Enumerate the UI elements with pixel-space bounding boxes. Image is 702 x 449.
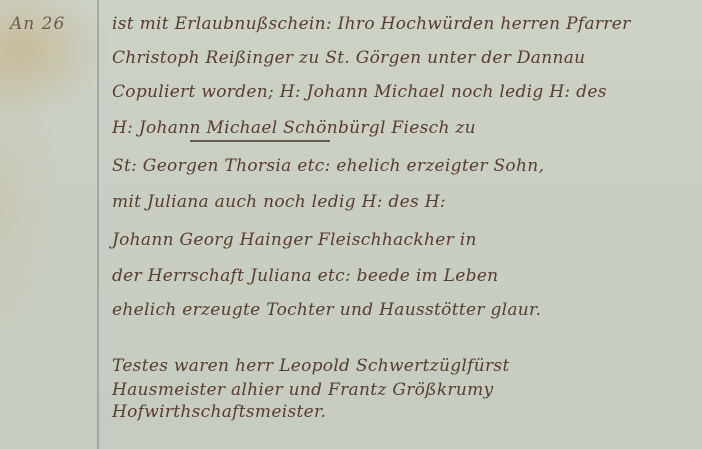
text-line-2: Christoph Reißinger zu St. Görgen unter … (112, 48, 585, 68)
text-line-9: ehelich erzeugte Tochter und Hausstötter… (112, 300, 541, 320)
text-line-8: der Herrschaft Juliana etc: beede im Leb… (112, 266, 498, 286)
text-line-10: Testes waren herr Leopold Schwertzüglfür… (112, 356, 510, 376)
text-line-6: mit Juliana auch noch ledig H: des H: (112, 192, 446, 212)
margin-rule (97, 0, 99, 449)
text-line-11: Hausmeister alhier und Frantz Größkrumy (112, 380, 493, 400)
text-line-12: Hofwirthschaftsmeister. (112, 402, 326, 422)
text-line-1: ist mit Erlaubnußschein: Ihro Hochwürden… (112, 14, 631, 34)
text-line-7: Johann Georg Hainger Fleischhackher in (112, 230, 477, 250)
text-line-5: St: Georgen Thorsia etc: ehelich erzeigt… (112, 156, 544, 176)
manuscript-page: An 26 ist mit Erlaubnußschein: Ihro Hoch… (0, 0, 702, 449)
text-line-4: H: Johann Michael Schönbürgl Fiesch zu (112, 118, 476, 138)
margin-entry-number: An 26 (10, 14, 65, 34)
underline-name (190, 140, 330, 142)
text-line-3: Copuliert worden; H: Johann Michael noch… (112, 82, 607, 102)
